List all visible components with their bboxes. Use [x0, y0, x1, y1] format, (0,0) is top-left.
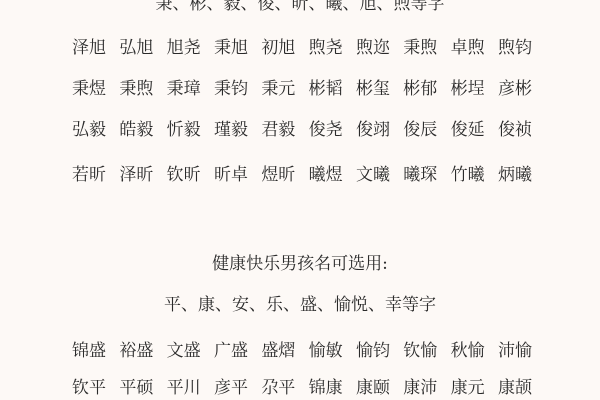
name: 旭尧: [167, 37, 201, 59]
name-row: 锦盛 裕盛 文盛 广盛 盛熠 愉敏 愉钧 钦愉 秋愉 沛愉: [72, 340, 532, 362]
name: 彬郁: [403, 78, 437, 100]
name: 康元: [451, 377, 485, 399]
name: 文曦: [356, 164, 390, 186]
section2-heading: 健康快乐男孩名可选用:: [0, 253, 600, 275]
name: 钦平: [72, 377, 106, 399]
name: 泽昕: [119, 164, 153, 186]
name: 弘旭: [119, 37, 153, 59]
name: 钦愉: [403, 340, 437, 362]
name-row: 弘毅 皓毅 忻毅 瑾毅 君毅 俊尧 俊翊 俊辰 俊延 俊祯: [72, 119, 532, 141]
name: 彬玺: [356, 78, 390, 100]
name: 俊祯: [498, 119, 532, 141]
name: 皓毅: [119, 119, 153, 141]
name: 秉煦: [403, 37, 437, 59]
name: 锦康: [309, 377, 343, 399]
name: 秉钧: [214, 78, 248, 100]
name: 裕盛: [119, 340, 153, 362]
name: 平川: [167, 377, 201, 399]
name: 秉煜: [72, 78, 106, 100]
name: 愉敏: [309, 340, 343, 362]
name: 俊延: [451, 119, 485, 141]
name-row: 泽旭 弘旭 旭尧 秉旭 初旭 煦尧 煦迩 秉煦 卓煦 煦钧: [72, 37, 532, 59]
name: 康颐: [356, 377, 390, 399]
name: 秉元: [261, 78, 295, 100]
name: 秋愉: [451, 340, 485, 362]
name: 康沛: [403, 377, 437, 399]
name: 卓煦: [451, 37, 485, 59]
name-row: 若昕 泽昕 钦昕 昕卓 煜昕 曦煜 文曦 曦琛 竹曦 炳曦: [72, 164, 532, 186]
name: 平硕: [119, 377, 153, 399]
name: 若昕: [72, 164, 106, 186]
name: 炳曦: [498, 164, 532, 186]
name: 昕卓: [214, 164, 248, 186]
name: 俊辰: [403, 119, 437, 141]
name: 曦煜: [309, 164, 343, 186]
name: 煦钧: [498, 37, 532, 59]
name: 彬韬: [309, 78, 343, 100]
name: 弘毅: [72, 119, 106, 141]
name: 广盛: [214, 340, 248, 362]
name: 泽旭: [72, 37, 106, 59]
name: 沛愉: [498, 340, 532, 362]
name: 秉煦: [119, 78, 153, 100]
name: 尕平: [261, 377, 295, 399]
name-row: 钦平 平硕 平川 彦平 尕平 锦康 康颐 康沛 康元 康颉: [72, 377, 532, 399]
name: 初旭: [261, 37, 295, 59]
name: 愉钧: [356, 340, 390, 362]
name: 君毅: [261, 119, 295, 141]
name: 煜昕: [261, 164, 295, 186]
name: 煦尧: [309, 37, 343, 59]
name: 彦彬: [498, 78, 532, 100]
name: 俊尧: [309, 119, 343, 141]
name: 曦琛: [403, 164, 437, 186]
name: 秉璋: [167, 78, 201, 100]
name: 彦平: [214, 377, 248, 399]
name: 煦迩: [356, 37, 390, 59]
name: 竹曦: [451, 164, 485, 186]
name: 锦盛: [72, 340, 106, 362]
name: 康颉: [498, 377, 532, 399]
name: 俊翊: [356, 119, 390, 141]
name: 钦昕: [167, 164, 201, 186]
section2-chars-line: 平、康、安、乐、盛、愉悦、幸等字: [0, 294, 600, 316]
name: 彬埕: [451, 78, 485, 100]
name: 秉旭: [214, 37, 248, 59]
name: 瑾毅: [214, 119, 248, 141]
name: 文盛: [167, 340, 201, 362]
name-row: 秉煜 秉煦 秉璋 秉钧 秉元 彬韬 彬玺 彬郁 彬埕 彦彬: [72, 78, 532, 100]
name: 忻毅: [167, 119, 201, 141]
name: 盛熠: [261, 340, 295, 362]
section1-chars-line: 秉、彬、毅、俊、昕、曦、旭、煦等字: [0, 0, 600, 15]
